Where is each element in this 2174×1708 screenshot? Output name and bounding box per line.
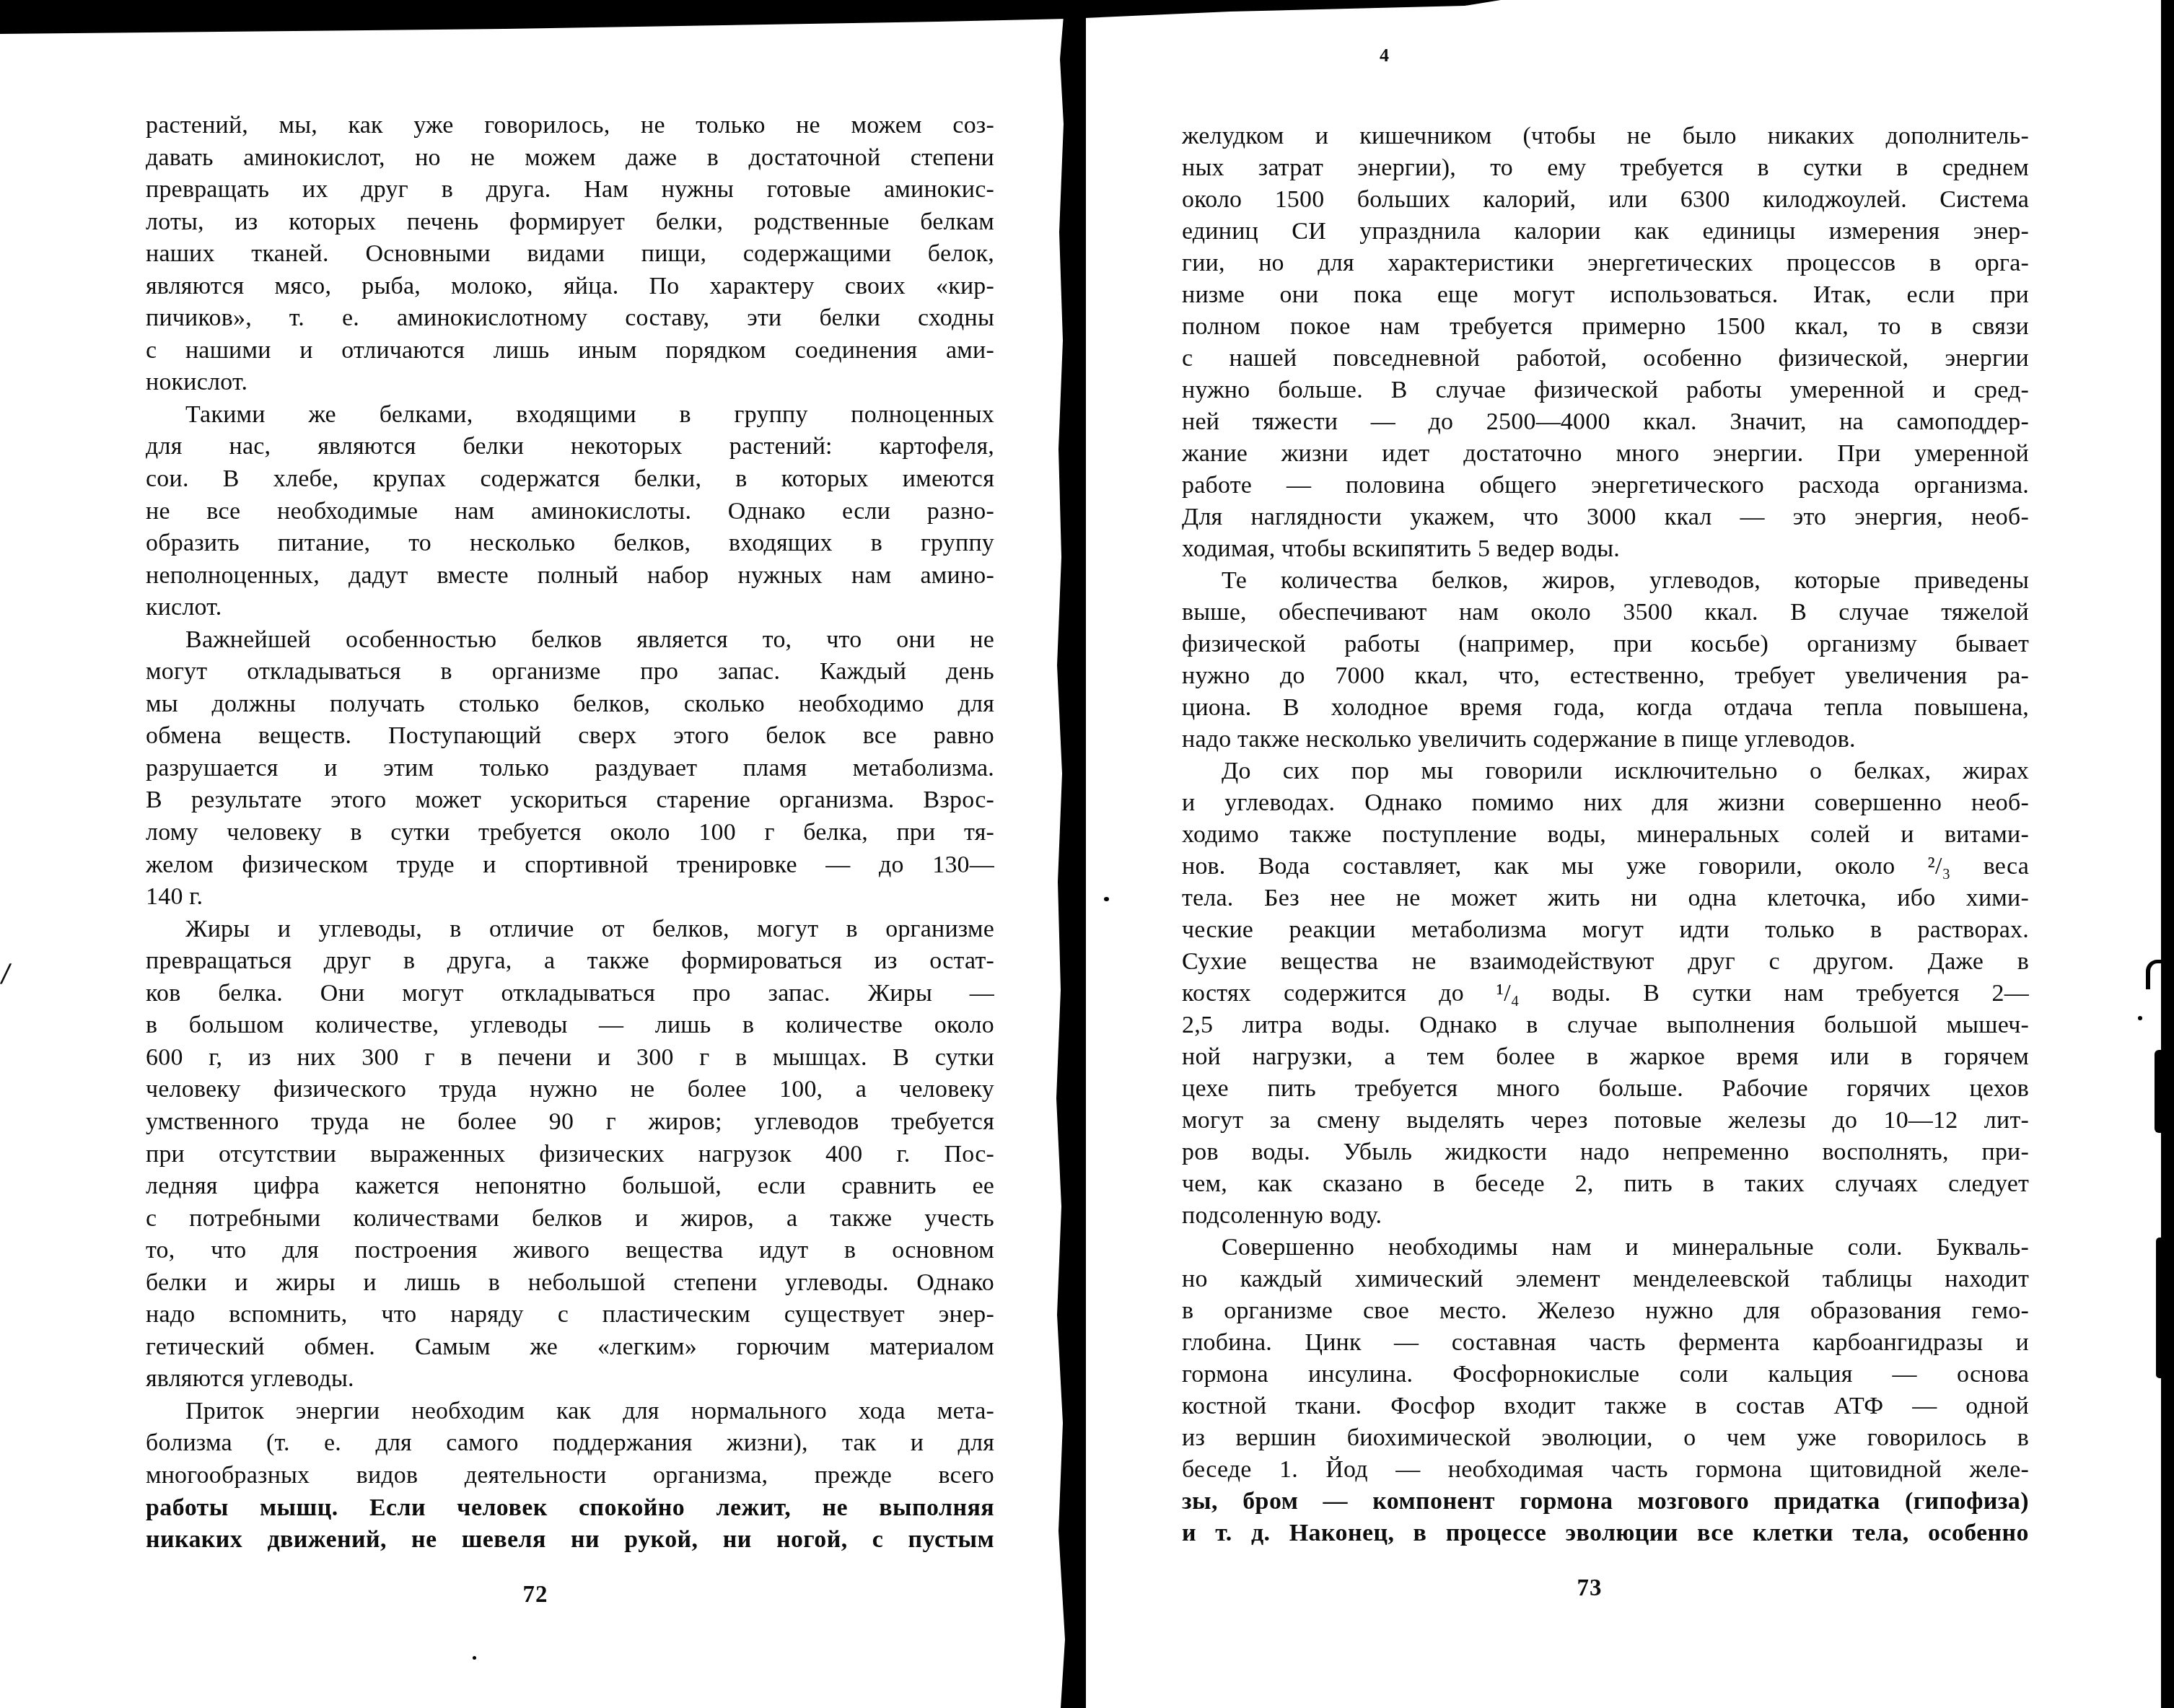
text-line: 600 г, из них 300 г в печени и 300 г в м… [146, 1042, 994, 1074]
text-line: нужно до 7000 ккал, что, естественно, тр… [1182, 660, 2029, 692]
text-line: надо также несколько увеличить содержани… [1182, 724, 2029, 756]
text-line: Совершенно необходимы нам и минеральные … [1182, 1232, 2029, 1264]
text-line: давать аминокислот, но не можем даже в д… [146, 142, 994, 175]
text-line: белки и жиры и лишь в небольшой степени … [146, 1267, 994, 1300]
text-line: пичиков», т. е. аминокислотному составу,… [146, 302, 994, 335]
text-line: с нашей повседневной работой, особенно ф… [1182, 343, 2029, 375]
text-line: могут за смену выделять через потовые же… [1182, 1105, 2029, 1137]
text-line: 140 г. [146, 881, 994, 914]
text-line: работы мышц. Если человек спокойно лежит… [146, 1492, 994, 1525]
text-line: гетический обмен. Самым же «легким» горю… [146, 1331, 994, 1364]
text-line: циона. В холодное время года, когда отда… [1182, 692, 2029, 724]
text-line: надо вспомнить, что наряду с пластически… [146, 1299, 994, 1331]
text-line: многообразных видов деятельности организ… [146, 1460, 994, 1492]
text-line: не все необходимые нам аминокислоты. Одн… [146, 496, 994, 528]
page-number-left: 72 [111, 1582, 960, 1608]
text-line: болизма (т. е. для самого поддержания жи… [146, 1427, 994, 1460]
text-line: низме они пока еще могут использоваться.… [1182, 279, 2029, 311]
text-line: для нас, являются белки некоторых растен… [146, 431, 994, 463]
text-line: из вершин биохимической эволюции, о чем … [1182, 1422, 2029, 1454]
text-line: около 1500 больших калорий, или 6300 кил… [1182, 184, 2029, 216]
text-line: с потребными количествами белков и жиров… [146, 1203, 994, 1235]
text-line: ходимая, чтобы вскипятить 5 ведер воды. [1182, 533, 2029, 565]
text-line: превращаться друг в друга, а также форми… [146, 945, 994, 978]
text-line: Приток энергии необходим как для нормаль… [146, 1396, 994, 1428]
text-line: ков белка. Они могут откладываться про з… [146, 978, 994, 1010]
text-line: жание жизни идет достаточно много энерги… [1182, 438, 2029, 470]
text-line: то, что для построения живого вещества и… [146, 1235, 994, 1267]
text-line: костной ткани. Фосфор входит также в сос… [1182, 1391, 2029, 1422]
text-line: физической работы (например, при косьбе)… [1182, 629, 2029, 660]
text-line: нужно больше. В случае физической работы… [1182, 375, 2029, 406]
page-left: растений, мы, как уже говорилось, не тол… [146, 110, 994, 1556]
scan-right-edge [2161, 0, 2174, 1708]
text-line: неполноценных, дадут вместе полный набор… [146, 560, 994, 592]
text-line: Сухие вещества не взаимодействуют друг с… [1182, 946, 2029, 978]
text-line: но каждый химический элемент менделеевск… [1182, 1264, 2029, 1295]
text-line: ней тяжести — до 2500—4000 ккал. Значит,… [1182, 406, 2029, 438]
book-gutter-shadow [1052, 16, 1086, 1708]
text-line: растений, мы, как уже говорилось, не тол… [146, 110, 994, 142]
text-line: нокислот. [146, 367, 994, 399]
ink-speck [473, 1656, 476, 1660]
page-right-text: желудком и кишечником (чтобы не было ник… [1182, 121, 2029, 1549]
ink-hook-right-edge [2146, 960, 2166, 989]
text-line: Такими же белками, входящими в группу по… [146, 399, 994, 432]
text-line: подсоленную воду. [1182, 1200, 2029, 1232]
text-line: человеку физического труда нужно не боле… [146, 1074, 994, 1106]
text-line: умственного труда не более 90 г жиров; у… [146, 1106, 994, 1139]
text-line: В результате этого может ускориться стар… [146, 784, 994, 817]
text-line: могут откладываться в организме про запа… [146, 656, 994, 688]
text-line: ров воды. Убыль жидкости надо непременно… [1182, 1137, 2029, 1168]
margin-mark-left: / [0, 957, 12, 991]
scan-top-edge [0, 0, 1501, 43]
text-line: являются углеводы. [146, 1363, 994, 1396]
text-line: наших тканей. Основными видами пищи, сод… [146, 238, 994, 271]
text-line: зы, бром — компонент гормона мозгового п… [1182, 1486, 2029, 1518]
text-line: Для наглядности укажем, что 3000 ккал — … [1182, 502, 2029, 533]
text-line: единиц СИ упразднила калории как единицы… [1182, 216, 2029, 248]
text-line: образить питание, то несколько белков, в… [146, 527, 994, 560]
margin-mark-top: 4 [1380, 45, 1389, 66]
book-scan: 4 / растений, мы, как уже говорилось, не… [0, 0, 2174, 1708]
page-left-text: растений, мы, как уже говорилось, не тол… [146, 110, 994, 1556]
text-line: и т. д. Наконец, в процессе эволюции все… [1182, 1518, 2029, 1549]
text-line: лому человеку в сутки требуется около 10… [146, 817, 994, 849]
text-line: в организме свое место. Железо нужно для… [1182, 1295, 2029, 1327]
text-line: нов. Вода составляет, как мы уже говорил… [1182, 851, 2029, 883]
text-line: гии, но для характеристики энергетически… [1182, 248, 2029, 279]
text-line: чем, как сказано в беседе 2, пить в таки… [1182, 1168, 2029, 1200]
text-line: гормона инсулина. Фосфорнокислые соли ка… [1182, 1359, 2029, 1391]
text-line: никаких движений, не шевеля ни рукой, ни… [146, 1524, 994, 1556]
text-line: полном покое нам требуется примерно 1500… [1182, 311, 2029, 343]
text-line: с нашими и отличаются лишь иным порядком… [146, 335, 994, 367]
text-line: 2,5 литра воды. Однако в случае выполнен… [1182, 1010, 2029, 1041]
text-line: До сих пор мы говорили исключительно о б… [1182, 756, 2029, 787]
text-line: глобина. Цинк — составная часть фермента… [1182, 1327, 2029, 1359]
text-line: желудком и кишечником (чтобы не было ник… [1182, 121, 2029, 152]
text-line: ческие реакции метаболизма могут идти то… [1182, 914, 2029, 946]
text-line: желом физическом труде и спортивной трен… [146, 849, 994, 882]
text-line: сои. В хлебе, крупах содержатся белки, в… [146, 463, 994, 496]
text-line: ходимо также поступление воды, минеральн… [1182, 819, 2029, 851]
text-line: мы должны получать столько белков, сколь… [146, 688, 994, 721]
text-line: при отсутствии выраженных физических наг… [146, 1139, 994, 1171]
text-line: беседе 1. Йод — необходимая часть гормон… [1182, 1454, 2029, 1486]
text-line: цехе пить требуется много больше. Рабочи… [1182, 1073, 2029, 1105]
ink-speck [2138, 1016, 2142, 1020]
text-line: ной нагрузки, а тем более в жаркое время… [1182, 1041, 2029, 1073]
scan-right-edge-bump [2155, 1050, 2162, 1133]
scan-right-edge-bump [2156, 1238, 2162, 1378]
text-line: тела. Без нее не может жить ни одна клет… [1182, 883, 2029, 914]
text-line: Важнейшей особенностью белков является т… [146, 624, 994, 657]
text-line: выше, обеспечивают нам около 3500 ккал. … [1182, 597, 2029, 629]
ink-speck [1104, 897, 1109, 901]
page-right: желудком и кишечником (чтобы не было ник… [1182, 121, 2029, 1549]
text-line: в большом количестве, углеводы — лишь в … [146, 1010, 994, 1042]
text-line: ледняя цифра кажется непонятно большой, … [146, 1170, 994, 1203]
text-line: превращать их друг в друга. Нам нужны го… [146, 174, 994, 206]
text-line: работе — половина общего энергетического… [1182, 470, 2029, 502]
text-line: Те количества белков, жиров, углеводов, … [1182, 565, 2029, 597]
text-line: являются мясо, рыба, молоко, яйца. По ха… [146, 271, 994, 303]
text-line: кислот. [146, 592, 994, 624]
text-line: разрушается и этим только раздувает плам… [146, 753, 994, 785]
page-number-right: 73 [1166, 1575, 2013, 1602]
text-line: лоты, из которых печень формирует белки,… [146, 206, 994, 239]
text-line: и углеводах. Однако помимо них для жизни… [1182, 787, 2029, 819]
text-line: ных затрат энергии), то ему требуется в … [1182, 152, 2029, 184]
text-line: костях содержится до ¹/₄ воды. В сутки н… [1182, 978, 2029, 1010]
text-line: Жиры и углеводы, в отличие от белков, мо… [146, 914, 994, 946]
text-line: обмена веществ. Поступающий сверх этого … [146, 720, 994, 753]
